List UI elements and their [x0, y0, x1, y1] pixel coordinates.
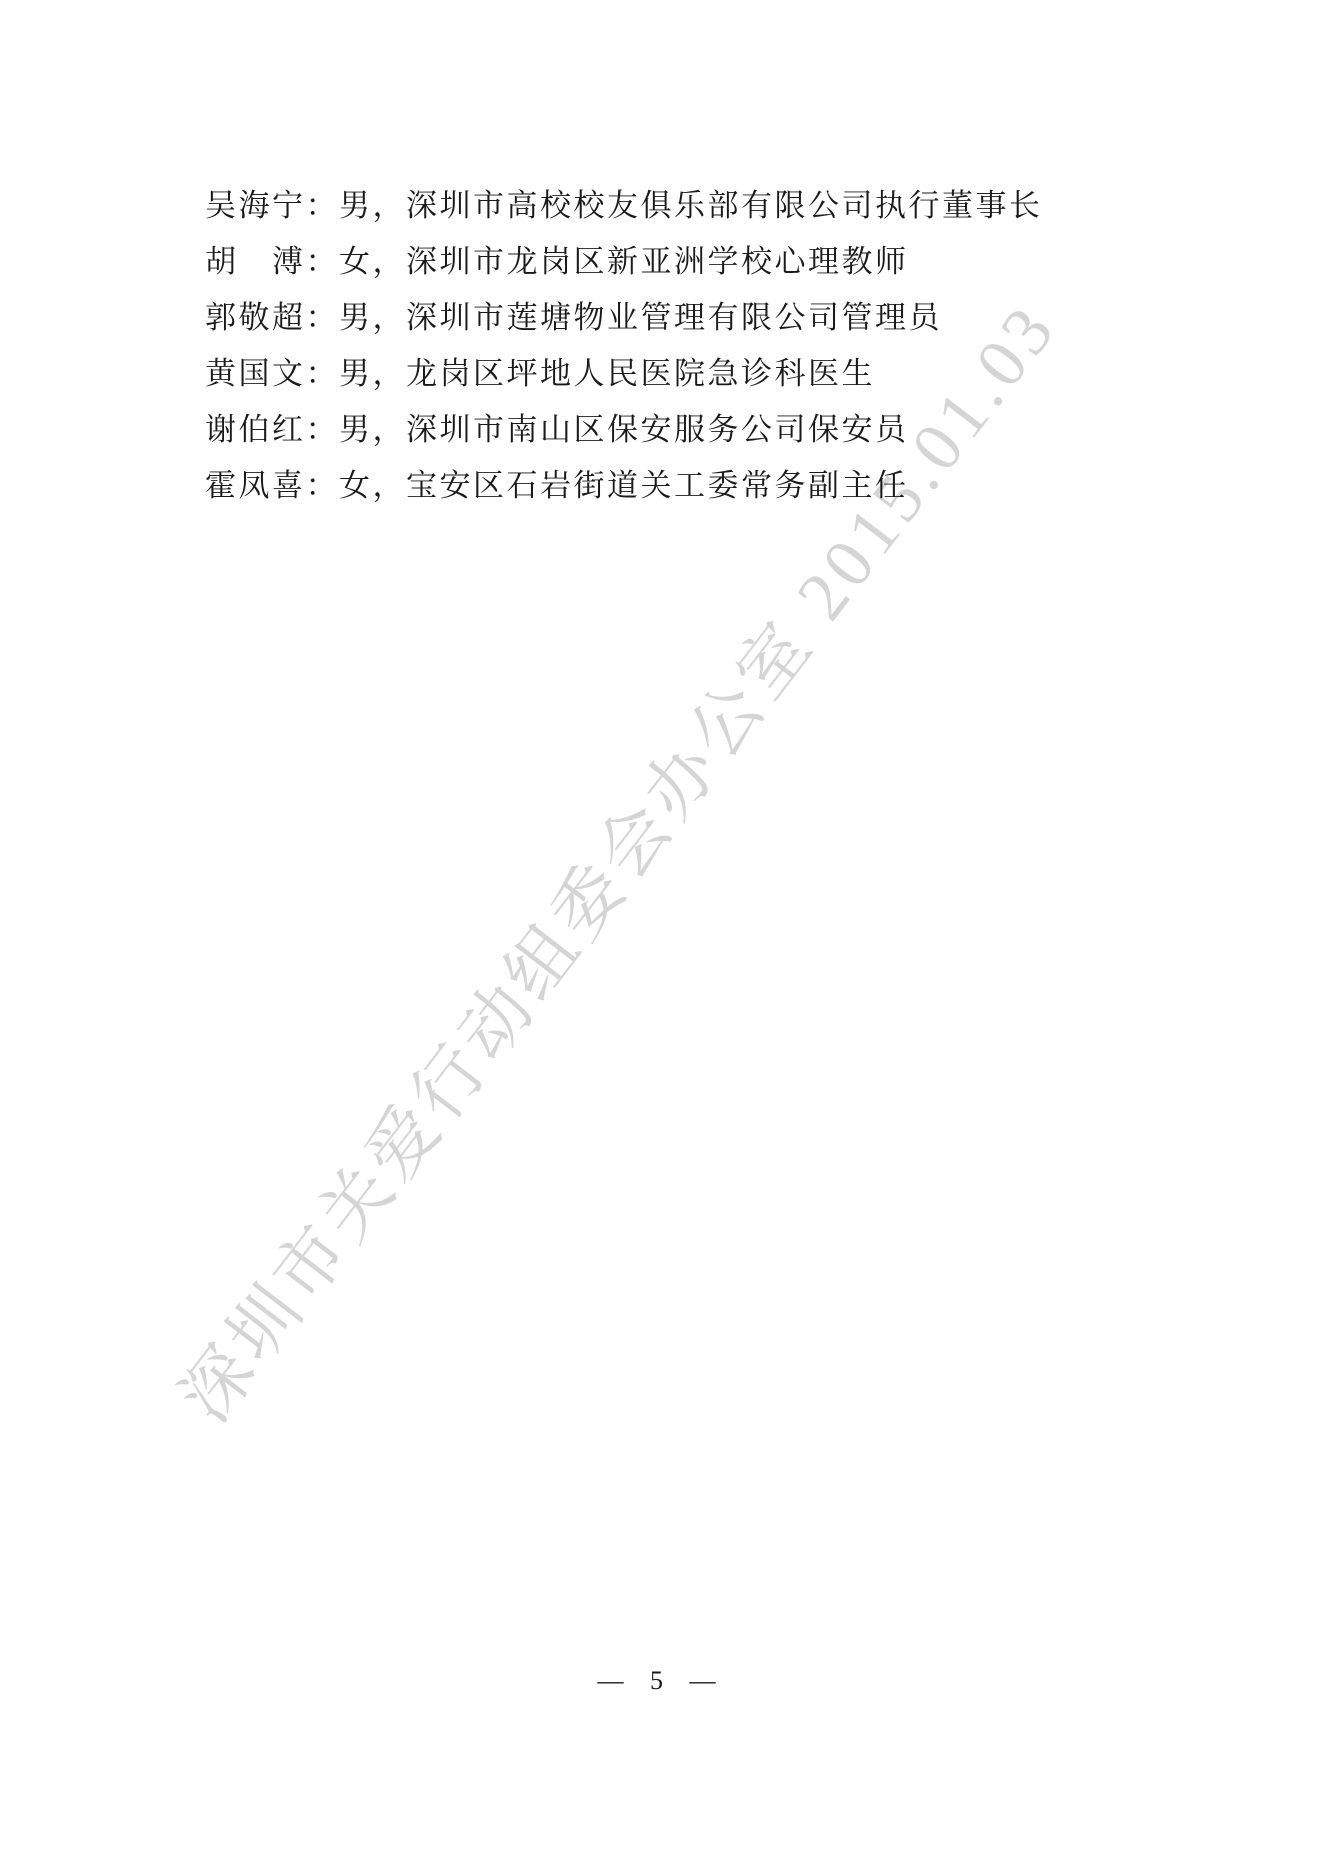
personnel-list: 吴海宁：男，深圳市高校校友俱乐部有限公司执行董事长 胡 溥：女，深圳市龙岗区新亚… [205, 178, 1043, 514]
list-item: 郭敬超：男，深圳市莲塘物业管理有限公司管理员 [205, 290, 1043, 346]
document-page: 深圳市关爱行动组委会办公室 2015.01.03 吴海宁：男，深圳市高校校友俱乐… [0, 0, 1323, 1871]
list-item: 黄国文：男，龙岗区坪地人民医院急诊科医生 [205, 346, 1043, 402]
list-item: 霍凤喜：女，宝安区石岩街道关工委常务副主任 [205, 458, 1043, 514]
page-number: — 5 — [0, 1666, 1323, 1696]
list-item: 吴海宁：男，深圳市高校校友俱乐部有限公司执行董事长 [205, 178, 1043, 234]
list-item: 谢伯红：男，深圳市南山区保安服务公司保安员 [205, 402, 1043, 458]
list-item: 胡 溥：女，深圳市龙岗区新亚洲学校心理教师 [205, 234, 1043, 290]
